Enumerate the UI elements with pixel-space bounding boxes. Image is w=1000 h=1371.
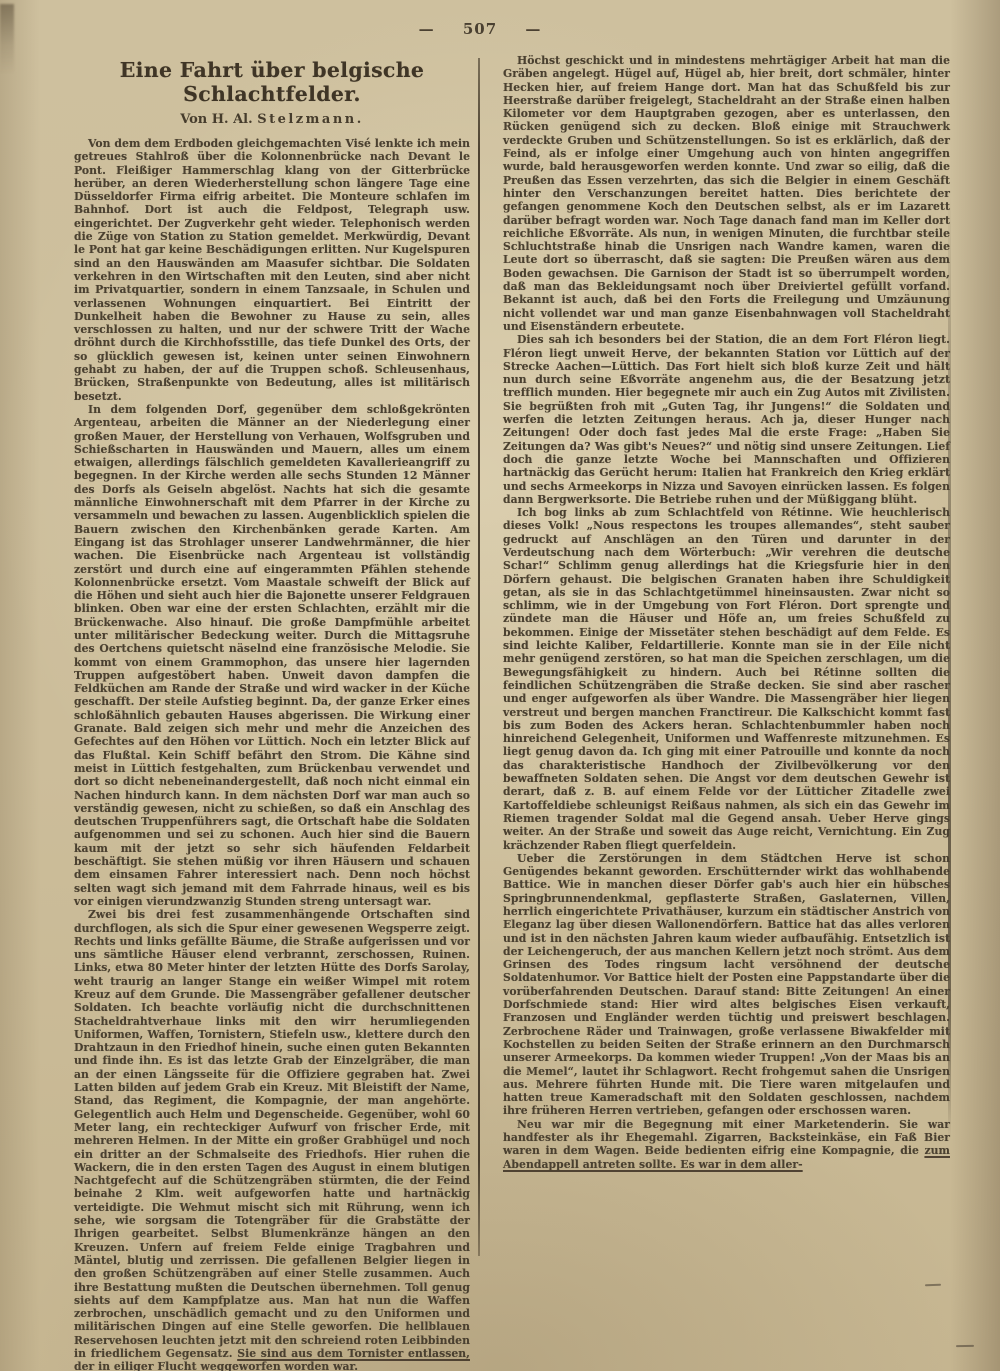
article-header: Eine Fahrt über belgische Schlachtfelder… (74, 58, 470, 127)
byline-author-name: Stelzmann. (257, 112, 364, 127)
paragraph: Ich bog links ab zum Schlachtfeld von Ré… (503, 506, 950, 852)
page-number: — 507 — (385, 20, 575, 38)
byline-prefix: Von H. Al. (180, 112, 252, 127)
pencil-margin-mark (956, 1345, 974, 1347)
paragraph: Von dem dem Erdboden gleichgemachten Vis… (74, 137, 470, 403)
scanned-newspaper-page: — 507 — Eine Fahrt über belgische Schlac… (0, 0, 1000, 1371)
paragraph: Neu war mir die Begegnung mit einer Mark… (503, 1118, 950, 1171)
paragraph-text: Neu war mir die Begegnung mit einer Mark… (503, 1118, 950, 1158)
paragraph: Zwei bis drei fest zusammenhängende Orts… (74, 908, 470, 1371)
paragraph: Dies sah ich besonders bei der Station, … (503, 333, 950, 506)
article-body: Eine Fahrt über belgische Schlachtfelder… (74, 54, 950, 1371)
left-column: Eine Fahrt über belgische Schlachtfelder… (74, 54, 470, 1371)
article-title: Eine Fahrt über belgische Schlachtfelder… (74, 58, 470, 106)
paragraph: In dem folgenden Dorf, gegenüber dem sch… (74, 403, 470, 908)
right-column: Höchst geschickt und in mindestens mehrt… (503, 54, 950, 1371)
paragraph: Ueber die Zerstörungen in dem Städtchen … (503, 852, 950, 1118)
paragraph: Höchst geschickt und in mindestens mehrt… (503, 54, 950, 333)
paragraph-text: Zwei bis drei fest zusammenhängende Orts… (74, 908, 470, 1360)
article-byline: Von H. Al. Stelzmann. (74, 112, 470, 127)
scan-artifact-smudge (0, 4, 14, 74)
